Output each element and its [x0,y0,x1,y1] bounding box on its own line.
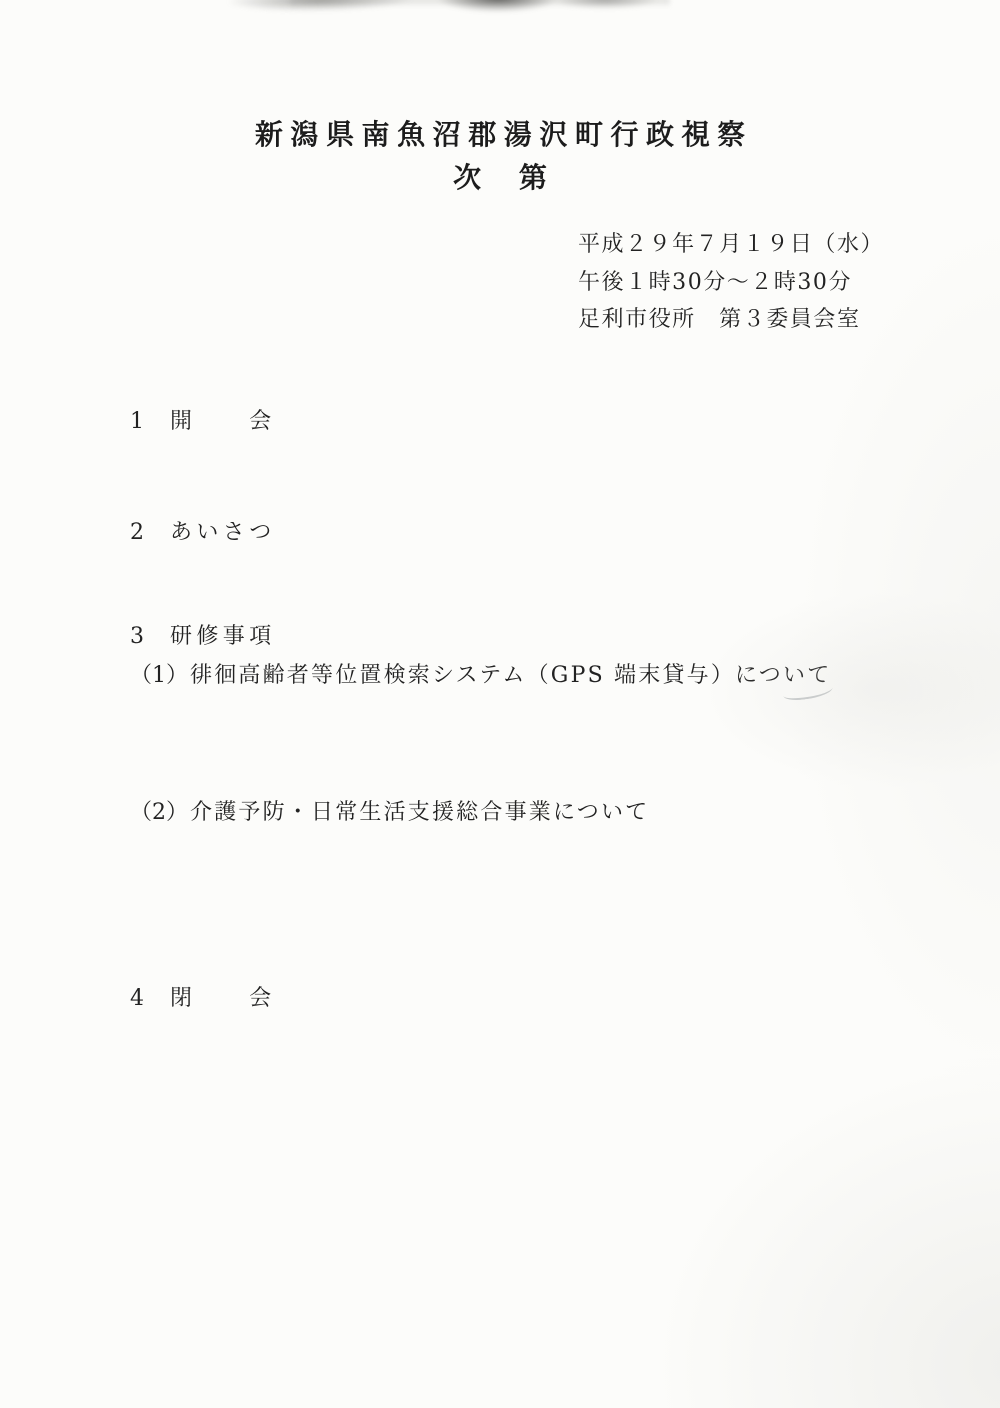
document-subtitle: 次 第 [0,156,1000,196]
agenda-item-label: あいさつ [170,520,276,545]
agenda-item-label: 閉 会 [170,986,276,1011]
agenda-item-label: 介護予防・日常生活支援総合事業について [190,800,649,825]
agenda-item-number: 1 [130,409,144,434]
agenda-item-number: 2 [130,520,144,545]
agenda-item-label: 研修事項 [170,624,276,649]
agenda-item-training: 3研修事項 [130,619,276,650]
agenda-item-number: （2） [130,795,188,826]
meta-time: 午後１時30分～２時30分 [578,264,884,302]
meta-date: 平成２９年７月１９日（水） [578,226,884,264]
scan-smudge [290,0,670,9]
document-title: 新潟県南魚沼郡湯沢町行政視察 [0,113,1000,153]
meta-block: 平成２９年７月１９日（水） 午後１時30分～２時30分 足利市役所 第３委員会室 [578,226,884,339]
agenda-subitem-gps-system: （1）徘徊高齢者等位置検索システム（GPS 端末貸与）について [130,658,831,689]
agenda-item-greetings: 2あいさつ [130,515,276,546]
agenda-subitem-care-support: （2）介護予防・日常生活支援総合事業について [130,795,649,826]
agenda-item-number: （1） [130,658,188,689]
agenda-item-label: 開 会 [170,409,276,434]
agenda-item-opening: 1開 会 [130,404,276,435]
agenda-item-number: 3 [130,624,144,649]
scan-smudge [228,0,413,13]
scanned-agenda-page: 新潟県南魚沼郡湯沢町行政視察 次 第 平成２９年７月１９日（水） 午後１時30分… [0,0,1000,1408]
scan-smudge [438,0,558,12]
agenda-item-closing: 4閉 会 [130,981,276,1012]
scan-smudge [552,0,657,9]
agenda-item-label: 徘徊高齢者等位置検索システム（GPS 端末貸与）について [190,663,831,688]
scan-shading [0,0,1000,1408]
agenda-item-number: 4 [130,986,144,1011]
meta-location: 足利市役所 第３委員会室 [578,301,884,339]
